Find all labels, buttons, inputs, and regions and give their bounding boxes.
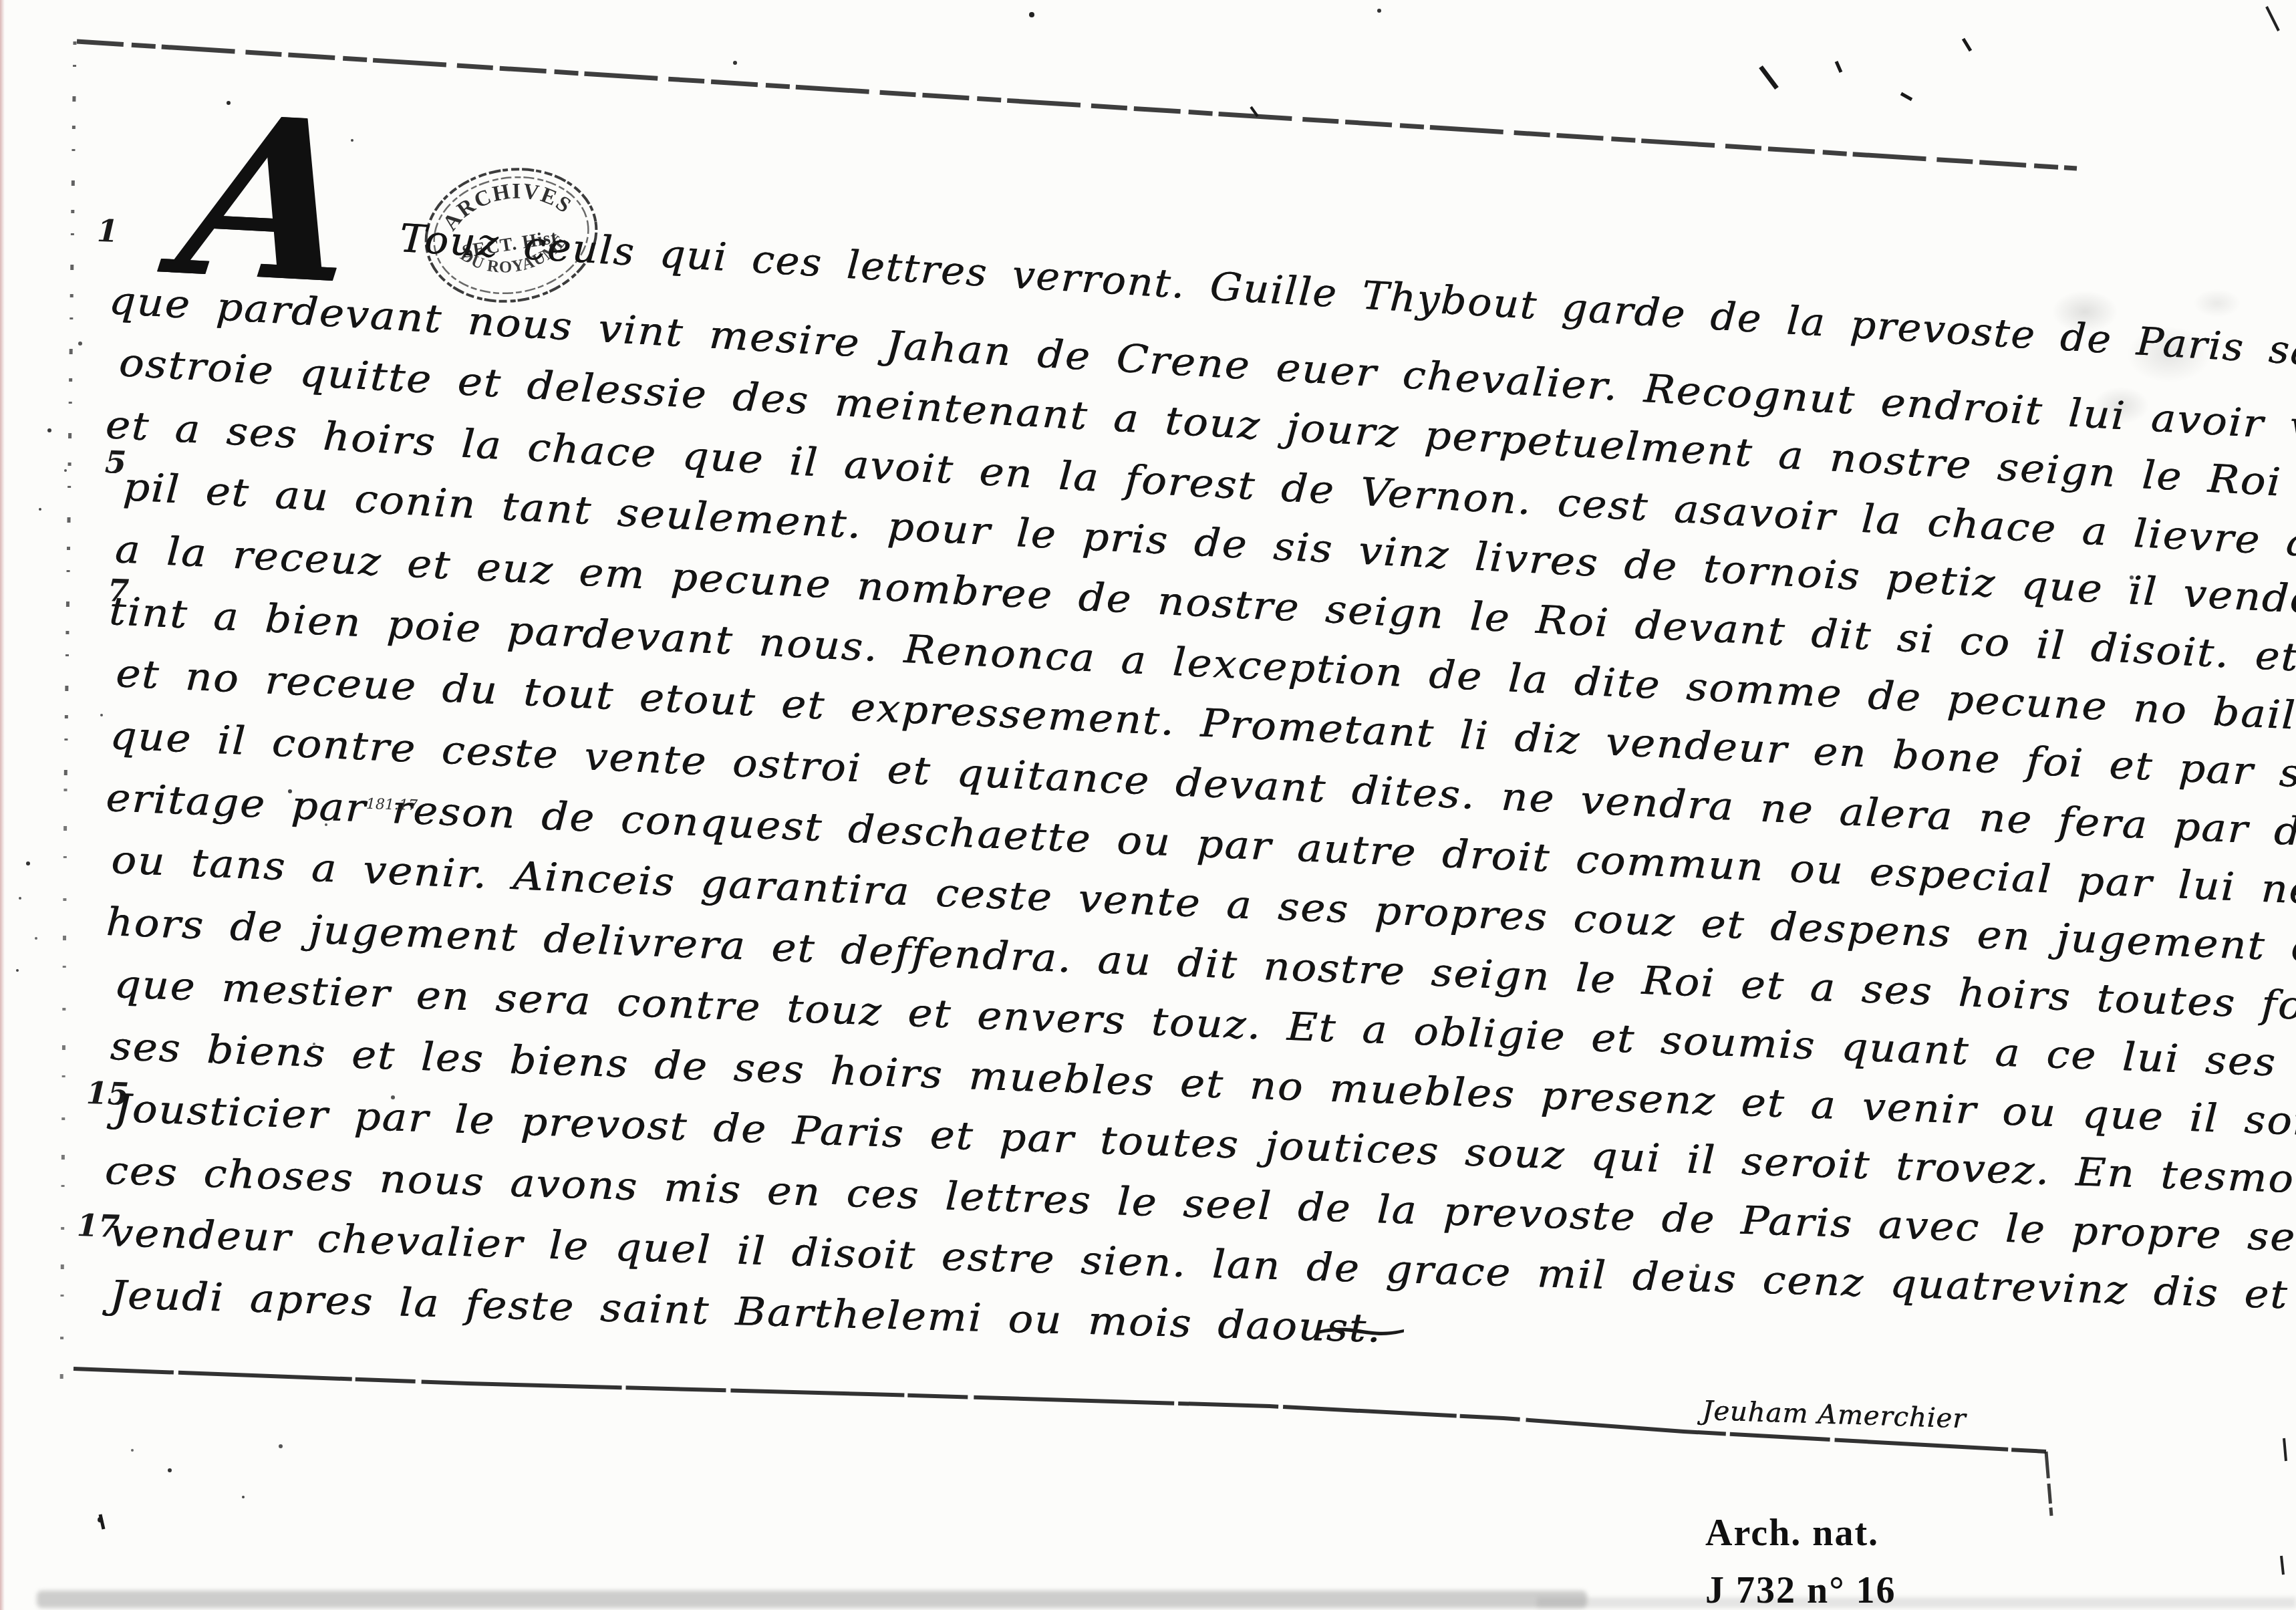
- scan-border-top: [77, 41, 2077, 168]
- parchment-bottom-edge: [74, 1369, 2051, 1516]
- scanned-document-page: A 1 5 7 15 17 Touz ceuls qui ces lettres…: [0, 0, 2296, 1610]
- scan-frame-overlay: ARCHIVES SECT. Hist. DU ROYAUME: [0, 0, 2296, 1610]
- scan-edge-ticks: [2267, 7, 2286, 1575]
- stray-ink-marks: [100, 39, 1971, 1529]
- scan-border-left: [61, 41, 75, 1397]
- archives-stamp: ARCHIVES SECT. Hist. DU ROYAUME: [416, 157, 606, 313]
